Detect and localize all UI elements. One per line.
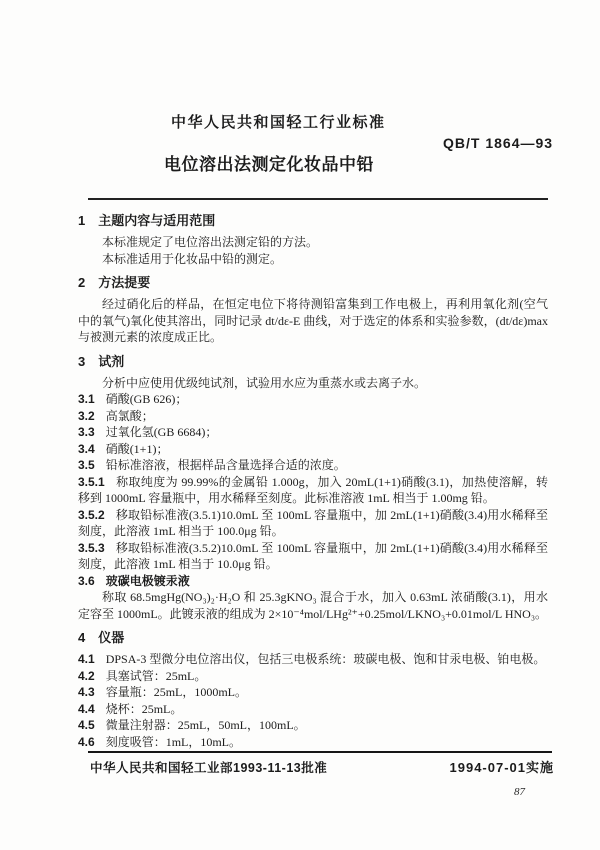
footer-rule bbox=[88, 751, 552, 753]
section-method-summary: 2方法提要 经过硝化后的样品，在恒定电位下将待测铅富集到工作电极上，再利用氧化剂… bbox=[78, 275, 548, 346]
clause-text: 过氧化氢(GB 6684)； bbox=[106, 425, 218, 439]
section-heading: 1主题内容与适用范围 bbox=[78, 213, 548, 229]
clause-number: 4.6 bbox=[78, 735, 95, 749]
clause-text: 高氯酸； bbox=[106, 409, 154, 423]
clause-item: 4.3容量瓶：25mL，1000mL。 bbox=[78, 684, 548, 701]
clause-item: 3.3过氧化氢(GB 6684)； bbox=[78, 424, 548, 441]
clause-item: 4.6刻度吸管：1mL，10mL。 bbox=[78, 734, 548, 751]
clause-item: 3.4硝酸(1+1)； bbox=[78, 441, 548, 458]
clause-text: 烧杯：25mL。 bbox=[106, 702, 183, 716]
clause-number: 4.5 bbox=[78, 718, 95, 732]
clause-number: 3.5.1 bbox=[78, 475, 105, 489]
paragraph: 称取 68.5mgHg(NO₃)₂·H₂O 和 25.3gKNO₃ 混合于水，加… bbox=[78, 589, 548, 622]
section-apparatus: 4仪器 4.1DPSA-3 型微分电位溶出仪，包括三电极系统：玻碳电极、饱和甘汞… bbox=[78, 630, 548, 750]
clause-number: 4.3 bbox=[78, 685, 95, 699]
section-number: 2 bbox=[78, 275, 85, 290]
clause-item: 4.2具塞试管：25mL。 bbox=[78, 668, 548, 685]
clause-number: 3.1 bbox=[78, 392, 95, 406]
clause-text: 微量注射器：25mL，50mL，100mL。 bbox=[106, 718, 306, 732]
clause-text: 移取铅标准液(3.5.2)10.0mL 至 100mL 容量瓶中，加 2mL(1… bbox=[78, 541, 548, 572]
clause-number: 3.2 bbox=[78, 409, 95, 423]
clause-item: 4.5微量注射器：25mL，50mL，100mL。 bbox=[78, 717, 548, 734]
paragraph: 经过硝化后的样品，在恒定电位下将待测铅富集到工作电极上，再利用氧化剂(空气中的氧… bbox=[78, 296, 548, 346]
document-body: 1主题内容与适用范围 本标准规定了电位溶出法测定铅的方法。 本标准适用于化妆品中… bbox=[78, 205, 548, 750]
clause-text: 铅标准溶液，根据样品含量选择合适的浓度。 bbox=[106, 458, 346, 472]
footer-approval: 中华人民共和国轻工业部1993-11-13批准 bbox=[90, 758, 327, 776]
section-number: 1 bbox=[78, 213, 85, 228]
clause-number: 3.5.2 bbox=[78, 508, 105, 522]
paragraph: 分析中应使用优级纯试剂，试验用水应为重蒸水或去离子水。 bbox=[78, 375, 548, 392]
clause-text: 具塞试管：25mL。 bbox=[106, 669, 207, 683]
clause-text: 硝酸(1+1)； bbox=[106, 442, 169, 456]
section-number: 3 bbox=[78, 354, 85, 369]
clause-item: 3.6玻碳电极镀汞液 bbox=[78, 573, 548, 590]
section-heading: 2方法提要 bbox=[78, 275, 548, 291]
section-reagents: 3试剂 分析中应使用优级纯试剂，试验用水应为重蒸水或去离子水。 3.1硝酸(GB… bbox=[78, 354, 548, 623]
section-title: 仪器 bbox=[98, 630, 124, 645]
clause-item: 3.5.1称取纯度为 99.99%的金属铅 1.000g，加入 20mL(1+1… bbox=[78, 474, 548, 507]
section-title: 试剂 bbox=[98, 354, 124, 369]
clause-number: 4.1 bbox=[78, 652, 95, 666]
paragraph: 本标准适用于化妆品中铅的测定。 bbox=[78, 251, 548, 268]
clause-item: 3.2高氯酸； bbox=[78, 408, 548, 425]
document-title: 电位溶出法测定化妆品中铅 bbox=[164, 150, 374, 175]
clause-number: 3.5 bbox=[78, 458, 95, 472]
scanned-standard-page: 中华人民共和国轻工行业标准 QB/T 1864—93 电位溶出法测定化妆品中铅 … bbox=[0, 0, 600, 850]
clause-number: 3.4 bbox=[78, 442, 95, 456]
clause-number: 4.4 bbox=[78, 702, 95, 716]
clause-text: 容量瓶：25mL，1000mL。 bbox=[106, 685, 247, 699]
clause-text: 硝酸(GB 626)； bbox=[106, 392, 188, 406]
section-scope: 1主题内容与适用范围 本标准规定了电位溶出法测定铅的方法。 本标准适用于化妆品中… bbox=[78, 213, 548, 267]
section-number: 4 bbox=[78, 630, 85, 645]
clause-item: 3.1硝酸(GB 626)； bbox=[78, 391, 548, 408]
clause-text: 移取铅标准液(3.5.1)10.0mL 至 100mL 容量瓶中，加 2mL(1… bbox=[78, 508, 548, 539]
section-heading: 4仪器 bbox=[78, 630, 548, 646]
section-heading: 3试剂 bbox=[78, 354, 548, 370]
clause-item: 3.5.3移取铅标准液(3.5.2)10.0mL 至 100mL 容量瓶中，加 … bbox=[78, 540, 548, 573]
clause-item: 4.4烧杯：25mL。 bbox=[78, 701, 548, 718]
clause-number: 4.2 bbox=[78, 669, 95, 683]
paragraph: 本标准规定了电位溶出法测定铅的方法。 bbox=[78, 234, 548, 251]
clause-item: 3.5.2移取铅标准液(3.5.1)10.0mL 至 100mL 容量瓶中，加 … bbox=[78, 507, 548, 540]
clause-number: 3.3 bbox=[78, 425, 95, 439]
section-title: 主题内容与适用范围 bbox=[98, 213, 215, 228]
clause-item: 4.1DPSA-3 型微分电位溶出仪，包括三电极系统：玻碳电极、饱和甘汞电极、铂… bbox=[78, 651, 548, 668]
section-title: 方法提要 bbox=[98, 275, 150, 290]
clause-number: 3.5.3 bbox=[78, 541, 105, 555]
standard-label: 中华人民共和国轻工行业标准 bbox=[171, 111, 386, 132]
clause-number: 3.6 bbox=[78, 574, 95, 588]
header-rule bbox=[88, 198, 548, 200]
clause-text: 刻度吸管：1mL，10mL。 bbox=[106, 735, 241, 749]
clause-text: 称取纯度为 99.99%的金属铅 1.000g，加入 20mL(1+1)硝酸(3… bbox=[78, 475, 548, 506]
footer-effective-date: 1994-07-01实施 bbox=[450, 757, 555, 776]
clause-item: 3.5铅标准溶液，根据样品含量选择合适的浓度。 bbox=[78, 457, 548, 474]
clause-text: 玻碳电极镀汞液 bbox=[106, 574, 190, 588]
page-number: 87 bbox=[514, 786, 525, 798]
standard-number: QB/T 1864—93 bbox=[443, 135, 553, 151]
clause-text: DPSA-3 型微分电位溶出仪，包括三电极系统：玻碳电极、饱和甘汞电极、铂电极。 bbox=[106, 652, 546, 666]
